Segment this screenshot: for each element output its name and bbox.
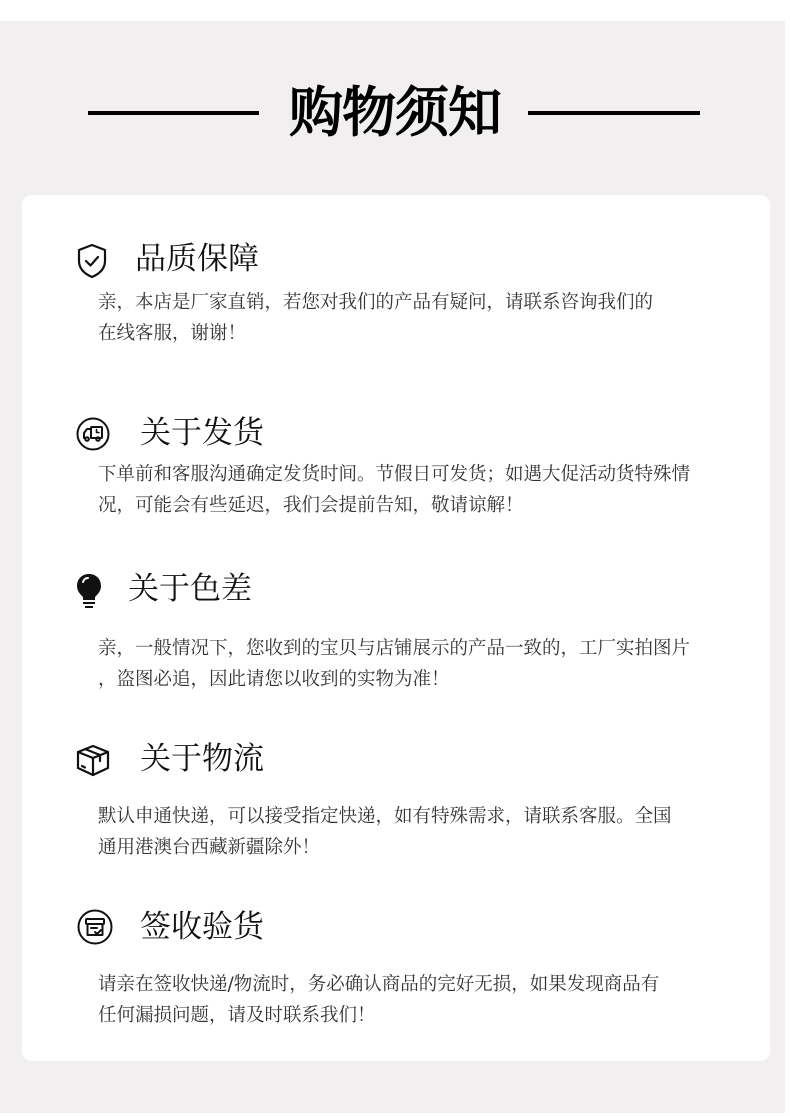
section-title: 关于色差 — [128, 569, 252, 609]
page-header: 购物须知 — [0, 80, 790, 146]
delivery-truck-icon — [76, 417, 110, 451]
receipt-check-icon — [77, 909, 113, 945]
section-title: 签收验货 — [140, 907, 264, 947]
section-title: 关于发货 — [140, 413, 264, 453]
body-line: 下单前和客服沟通确定发货时间。节假日可发货；如遇大促活动货特殊情 — [98, 459, 718, 490]
lightbulb-icon — [74, 572, 104, 610]
body-line: 亲，本店是厂家直销，若您对我们的产品有疑问，请联系咨询我们的 — [98, 287, 718, 318]
notice-card: 品质保障 亲，本店是厂家直销，若您对我们的产品有疑问，请联系咨询我们的 在线客服… — [22, 195, 770, 1061]
shield-check-icon — [76, 243, 108, 279]
body-line: 默认申通快递，可以接受指定快递，如有特殊需求，请联系客服。全国 — [98, 801, 718, 832]
package-box-icon — [75, 742, 111, 778]
section-body: 默认申通快递，可以接受指定快递，如有特殊需求，请联系客服。全国 通用港澳台西藏新… — [98, 801, 718, 863]
section-body: 下单前和客服沟通确定发货时间。节假日可发货；如遇大促活动货特殊情 况，可能会有些… — [98, 459, 718, 521]
body-line: 亲，一般情况下，您收到的宝贝与店铺展示的产品一致的，工厂实拍图片 — [98, 633, 718, 664]
body-line: 任何漏损问题，请及时联系我们！ — [98, 1000, 718, 1031]
title-divider-left — [88, 111, 259, 115]
body-line: 况，可能会有些延迟，我们会提前告知，敬请谅解！ — [98, 490, 718, 521]
section-body: 亲，一般情况下，您收到的宝贝与店铺展示的产品一致的，工厂实拍图片 ，盗图必追，因… — [98, 633, 718, 695]
section-title: 品质保障 — [135, 239, 259, 279]
section-title: 关于物流 — [140, 739, 264, 779]
body-line: ，盗图必追，因此请您以收到的实物为准！ — [98, 664, 718, 695]
body-line: 通用港澳台西藏新疆除外！ — [98, 832, 718, 863]
title-divider-right — [528, 111, 700, 115]
body-line: 在线客服，谢谢！ — [98, 318, 718, 349]
body-line: 请亲在签收快递/物流时，务必确认商品的完好无损，如果发现商品有 — [98, 969, 718, 1000]
section-body: 请亲在签收快递/物流时，务必确认商品的完好无损，如果发现商品有 任何漏损问题，请… — [98, 969, 718, 1031]
page-title: 购物须知 — [270, 80, 520, 146]
section-body: 亲，本店是厂家直销，若您对我们的产品有疑问，请联系咨询我们的 在线客服，谢谢！ — [98, 287, 718, 349]
